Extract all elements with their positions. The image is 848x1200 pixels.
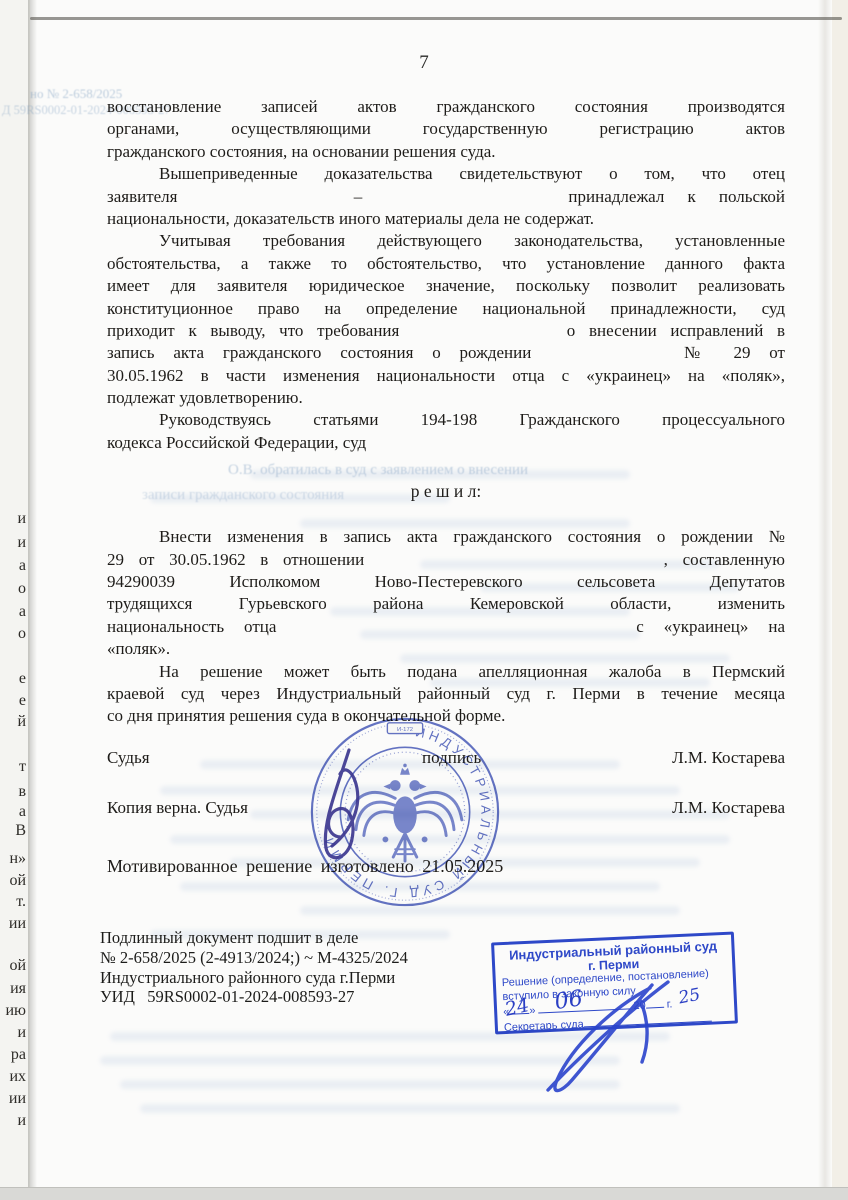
underlying-page-edge [0,0,30,1200]
seal-banner: И-172 [387,723,422,734]
document-line: Внести изменения в запись акта гражданск… [107,526,785,548]
redaction-gap [550,356,665,358]
handwritten-year: 25 [677,985,702,1009]
text-segment: краевой суд через Индустриальный районны… [107,684,785,703]
bleed-smear [120,1080,620,1089]
text-segment: органами, осуществляющими государственну… [107,119,785,138]
page-number: 7 [0,52,848,74]
text-segment: кодекса Российской Федерации, суд [107,433,366,452]
redaction-gap [413,334,553,336]
edge-letter-fragment: н» [0,850,26,868]
document-line: приходит к выводу, что требования о внес… [107,320,785,342]
text-segment: заявителя [107,187,177,206]
edge-letter-fragment: в [0,783,26,801]
text-segment: , составленную [664,550,785,569]
main-text: восстановление записей актов гражданског… [107,96,785,728]
text-segment: На решение может быть подана апелляционн… [159,662,785,681]
document-line: имеет для заявителя юридическое значение… [107,275,785,297]
text-segment: национальности, доказательств иного мате… [107,209,594,228]
text-segment: Вышеприведенные доказательства свидетель… [159,164,785,183]
text-segment: конституционное право на определение нац… [107,299,785,318]
document-line: краевой суд через Индустриальный районны… [107,683,785,705]
document-line: национальность отца с «украинец» на [107,616,785,638]
right-fold-shadow [818,0,832,1200]
document-line: 94290039 Исполкомом Ново-Пестеревского с… [107,571,785,593]
text-segment: восстановление записей актов гражданског… [107,97,785,116]
text-segment: о внесении исправлений в [567,321,785,340]
document-line: трудящихся Гурьевского района Кемеровско… [107,593,785,615]
document-line: 30.05.1962 в части изменения национально… [107,365,785,387]
edge-letter-fragment: и [0,510,26,528]
text-segment: принадлежал к польской [568,187,785,206]
redaction-gap [379,563,649,565]
edge-letter-fragment: о [0,580,26,598]
text-segment: запись акта гражданского состояния о рож… [107,343,531,362]
text-segment: подлежат удовлетворению. [107,388,303,407]
edge-letter-fragment: и [0,1024,26,1042]
document-line: обстоятельства, а также то обстоятельств… [107,253,785,275]
document-line: На решение может быть подана апелляционн… [107,661,785,683]
edge-letter-fragment: е [0,692,26,710]
edge-letter-fragment: о [0,625,26,643]
edge-letter-fragment: а [0,603,26,621]
handwritten-month: 06 [553,986,584,1015]
edge-letter-fragment: В [0,822,26,840]
scanned-court-document: но № 2-658/2025Д 59RS0002-01-2024-008593… [0,0,848,1200]
footer-line: № 2-658/2025 (2-4913/2024;) ~ М-4325/202… [100,948,408,968]
text-segment: трудящихся Гурьевского района Кемеровско… [107,594,785,613]
edge-letter-fragment: е [0,670,26,688]
left-fold-shadow [28,0,37,1200]
footer-line: УИД 59RS0002-01-2024-008593-27 [100,987,408,1007]
edge-letter-fragment: й [0,713,26,731]
text-segment: Внести изменения в запись акта гражданск… [159,527,785,546]
edge-letter-fragment: т [0,758,26,776]
footer-line: Подлинный документ подшит в деле [100,928,408,948]
text-segment: – [354,187,363,206]
case-footer: Подлинный документ подшит в деле№ 2-658/… [100,928,408,1007]
document-line: конституционное право на определение нац… [107,298,785,320]
svg-text:И-172: И-172 [397,727,413,733]
document-line: «поляк». [107,638,785,660]
edge-letter-fragment: а [0,803,26,821]
edge-letter-fragment: ии [0,915,26,933]
document-line: заявителя – принадлежал к польской [107,186,785,208]
redaction-gap [385,200,545,202]
text-segment: с «украинец» на [636,617,785,636]
edge-letter-fragment: ии [0,1090,26,1108]
edge-letter-fragment: ию [0,1002,26,1020]
edge-letter-fragment: ой [0,872,26,890]
bleed-smear [100,1056,620,1065]
text-segment: национальность отца [107,617,276,636]
text-segment: имеет для заявителя юридическое значение… [107,276,785,295]
judge-name: Л.М. Костарева [672,748,785,768]
document-line: Руководствуясь статьями 194-198 Гражданс… [107,409,785,431]
scan-top-line [30,17,842,20]
judge-name-copy: Л.М. Костарева [672,798,785,818]
right-page-edge [832,0,848,1200]
edge-letter-fragment: ия [0,980,26,998]
edge-letter-fragment: а [0,557,26,575]
text-segment: Руководствуясь статьями 194-198 Гражданс… [159,410,785,429]
scan-bottom-band [0,1187,848,1200]
text-segment: Учитывая требования действующего законод… [159,231,785,250]
text-segment: «поляк». [107,639,170,658]
edge-letter-fragment: ой [0,957,26,975]
bleed-smear [140,1104,680,1113]
document-line: национальности, доказательств иного мате… [107,208,785,230]
text-segment: гражданского состояния, на основании реш… [107,142,496,161]
text-segment: обстоятельства, а также то обстоятельств… [107,254,785,273]
edge-letter-fragment: ра [0,1046,26,1064]
edge-letter-fragment: их [0,1068,26,1086]
text-segment: приходит к выводу, что требования [107,321,399,340]
document-line: подлежат удовлетворению. [107,387,785,409]
judge-label: Судья [107,748,150,767]
entry-into-force-stamp: Индустриальный районный суд г. Перми Реш… [491,932,738,1035]
double-headed-eagle-icon [348,764,462,861]
document-line: Вышеприведенные доказательства свидетель… [107,163,785,185]
footer-line: Индустриального районного суда г.Перми [100,968,408,988]
document-line: восстановление записей актов гражданског… [107,96,785,118]
text-segment: 94290039 Исполкомом Ново-Пестеревского с… [107,572,785,591]
bleed-smear [110,1032,670,1041]
text-segment: № 29 от [684,343,785,362]
document-line: гражданского состояния, на основании реш… [107,141,785,163]
redaction-gap [201,200,331,202]
round-court-seal: ИНДУСТРИАЛЬНЫЙ СУД Г. ПЕРМИ И-172 [307,714,503,910]
edge-letter-fragment: и [0,534,26,552]
text-segment: 30.05.1962 в части изменения национально… [107,366,785,385]
copy-label: Копия верна. Судья [107,798,248,817]
document-line: Учитывая требования действующего законод… [107,230,785,252]
text-segment: 29 от 30.05.1962 в отношении [107,550,364,569]
redaction-gap [296,630,616,632]
document-line: запись акта гражданского состояния о рож… [107,342,785,364]
decision-heading: р е ш и л: [107,480,785,502]
document-line: 29 от 30.05.1962 в отношении , составлен… [107,549,785,571]
edge-letter-fragment: т. [0,893,26,911]
document-line: кодекса Российской Федерации, суд [107,432,785,454]
document-line: органами, осуществляющими государственну… [107,118,785,140]
edge-letter-fragment: и [0,1112,26,1130]
